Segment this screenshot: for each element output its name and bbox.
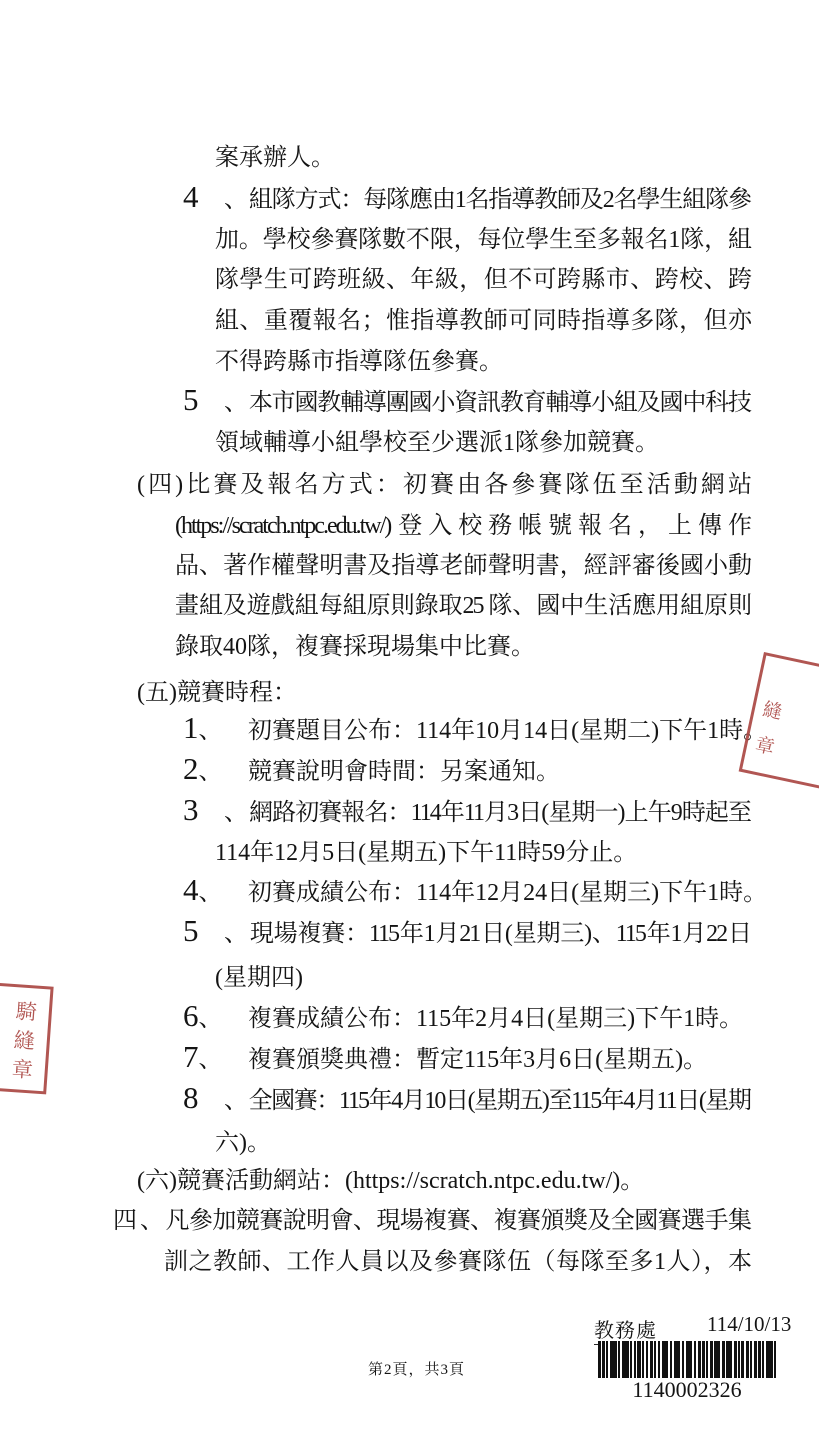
stamp-character: 騎 [15,999,38,1024]
line-text: 不得跨縣市指導隊伍參賽。 [215,349,503,375]
text-line: 錄取40隊，複賽採現場集中比賽。 [175,632,535,662]
line-text: (五)競賽時程： [137,680,297,706]
line-text: 領域輔導小組學校至少選派1隊參加競賽。 [215,430,659,456]
list-marker: 5、 [183,919,248,949]
text-line: 6、複賽成績公布：115年2月4日(星期三)下午1時。 [183,1004,743,1034]
stamp-character: 縫 [13,1028,36,1053]
line-text: 初賽成績公布：114年12月24日(星期三)下午1時。 [248,880,767,906]
stamp-character: 縫 [760,698,784,725]
text-line: 2、競賽說明會時間：另案通知。 [183,757,560,787]
line-text: (四)比賽及報名方式：初賽由各參賽隊伍至活動網站 [137,472,750,498]
text-line: 5、現場複賽：115年1月21日(星期三)、115年1月22日 [183,919,750,949]
list-marker: 2、 [183,757,248,787]
list-marker: 8、 [183,1086,248,1116]
line-text: (六)競賽活動網站：(https://scratch.ntpc.edu.tw/)… [137,1168,644,1194]
text-line: 1、初賽題目公布：114年10月14日(星期二)下午1時。 [183,716,767,746]
line-text: 競賽說明會時間：另案通知。 [248,759,560,785]
line-text: 本市國教輔導團國小資訊教育輔導小組及國中科技 [248,390,750,416]
line-text: 網路初賽報名：114年11月3日(星期一)上午9時起至 [248,800,750,826]
text-line: 5、本市國教輔導團國小資訊教育輔導小組及國中科技 [183,388,750,418]
list-marker: 4、 [183,185,248,215]
text-line: (五)競賽時程： [137,678,297,708]
text-line: (星期四) [215,963,303,993]
text-line: 8、全國賽：115年4月10日(星期五)至115年4月11日(星期 [183,1086,750,1116]
text-line: (https://scratch.ntpc.edu.tw/)登入校務帳號報名，上… [175,511,750,541]
stamp-character: 章 [11,1057,34,1082]
text-line: 六)。 [215,1128,271,1158]
line-text: 畫組及遊戲組每組原則錄取25 隊、國中生活應用組原則 [175,593,750,619]
text-line: (四)比賽及報名方式：初賽由各參賽隊伍至活動網站 [137,470,750,500]
document-page: 案承辦人。4、組隊方式：每隊應由1名指導教師及2名學生組隊參加。學校參賽隊數不限… [0,0,819,1439]
line-text: 訓之教師、工作人員以及參賽隊伍（每隊至多1人），本 [164,1249,750,1275]
list-marker: 4、 [183,878,248,908]
line-text: 錄取40隊，複賽採現場集中比賽。 [175,634,535,660]
line-text: 六)。 [215,1130,271,1156]
line-text: 全國賽：115年4月10日(星期五)至115年4月11日(星期 [248,1088,750,1114]
seam-seal-stamp-right: 縫章 [739,652,819,795]
document-date: 114/10/13 [707,1312,791,1337]
list-marker: 1、 [183,716,248,746]
text-line: 加。學校參賽隊數不限，每位學生至多報名1隊，組 [215,225,750,255]
line-text: 複賽成績公布：115年2月4日(星期三)下午1時。 [248,1006,743,1032]
line-text: 114年12月5日(星期五)下午11時59分止。 [215,840,637,866]
text-line: 四、凡參加競賽說明會、現場複賽、複賽頒獎及全國賽選手集 [113,1206,750,1236]
text-line: 4、組隊方式：每隊應由1名指導教師及2名學生組隊參 [183,185,750,215]
barcode [598,1341,776,1378]
line-text: 現場複賽：115年1月21日(星期三)、115年1月22日 [248,921,750,947]
line-text: 複賽頒獎典禮：暫定115年3月6日(星期五)。 [248,1047,707,1073]
text-line: 訓之教師、工作人員以及參賽隊伍（每隊至多1人），本 [164,1247,750,1277]
text-line: 不得跨縣市指導隊伍參賽。 [215,347,503,377]
list-marker: 3、 [183,798,248,828]
line-text: 隊學生可跨班級、年級，但不可跨縣市、跨校、跨 [215,267,750,293]
line-text: (https://scratch.ntpc.edu.tw/)登入校務帳號報名，上… [175,513,750,539]
stamp-character: 章 [753,734,777,761]
text-line: 畫組及遊戲組每組原則錄取25 隊、國中生活應用組原則 [175,591,750,621]
text-line: 領域輔導小組學校至少選派1隊參加競賽。 [215,428,659,458]
list-marker: 5、 [183,388,248,418]
text-line: (六)競賽活動網站：(https://scratch.ntpc.edu.tw/)… [137,1166,644,1196]
line-text: 案承辦人。 [215,145,335,171]
line-text: 加。學校參賽隊數不限，每位學生至多報名1隊，組 [215,227,750,253]
text-line: 品、著作權聲明書及指導老師聲明書，經評審後國小動 [175,551,750,581]
line-text: 組隊方式：每隊應由1名指導教師及2名學生組隊參 [248,187,750,213]
barcode-number: 1140002326 [598,1377,776,1403]
line-text: 品、著作權聲明書及指導老師聲明書，經評審後國小動 [175,553,750,579]
list-marker: 7、 [183,1045,248,1075]
line-text: (星期四) [215,965,303,991]
text-line: 組、重覆報名；惟指導教師可同時指導多隊，但亦 [215,306,750,336]
text-line: 4、初賽成績公布：114年12月24日(星期三)下午1時。 [183,878,767,908]
text-line: 隊學生可跨班級、年級，但不可跨縣市、跨校、跨 [215,265,750,295]
text-line: 7、複賽頒獎典禮：暫定115年3月6日(星期五)。 [183,1045,707,1075]
list-marker: 四、 [113,1206,164,1236]
page-number-indicator: 第2頁，共3頁 [368,1358,465,1379]
seam-seal-text: 騎縫章 [11,999,38,1082]
seam-seal-text: 縫章 [753,698,784,761]
line-text: 凡參加競賽說明會、現場複賽、複賽頒獎及全國賽選手集 [164,1208,750,1234]
seam-seal-stamp-left: 騎縫章 [0,980,54,1095]
line-text: 組、重覆報名；惟指導教師可同時指導多隊，但亦 [215,308,750,334]
text-line: 114年12月5日(星期五)下午11時59分止。 [215,838,637,868]
text-line: 案承辦人。 [215,143,335,173]
list-marker: 6、 [183,1004,248,1034]
text-line: 3、網路初賽報名：114年11月3日(星期一)上午9時起至 [183,798,750,828]
line-text: 初賽題目公布：114年10月14日(星期二)下午1時。 [248,718,767,744]
